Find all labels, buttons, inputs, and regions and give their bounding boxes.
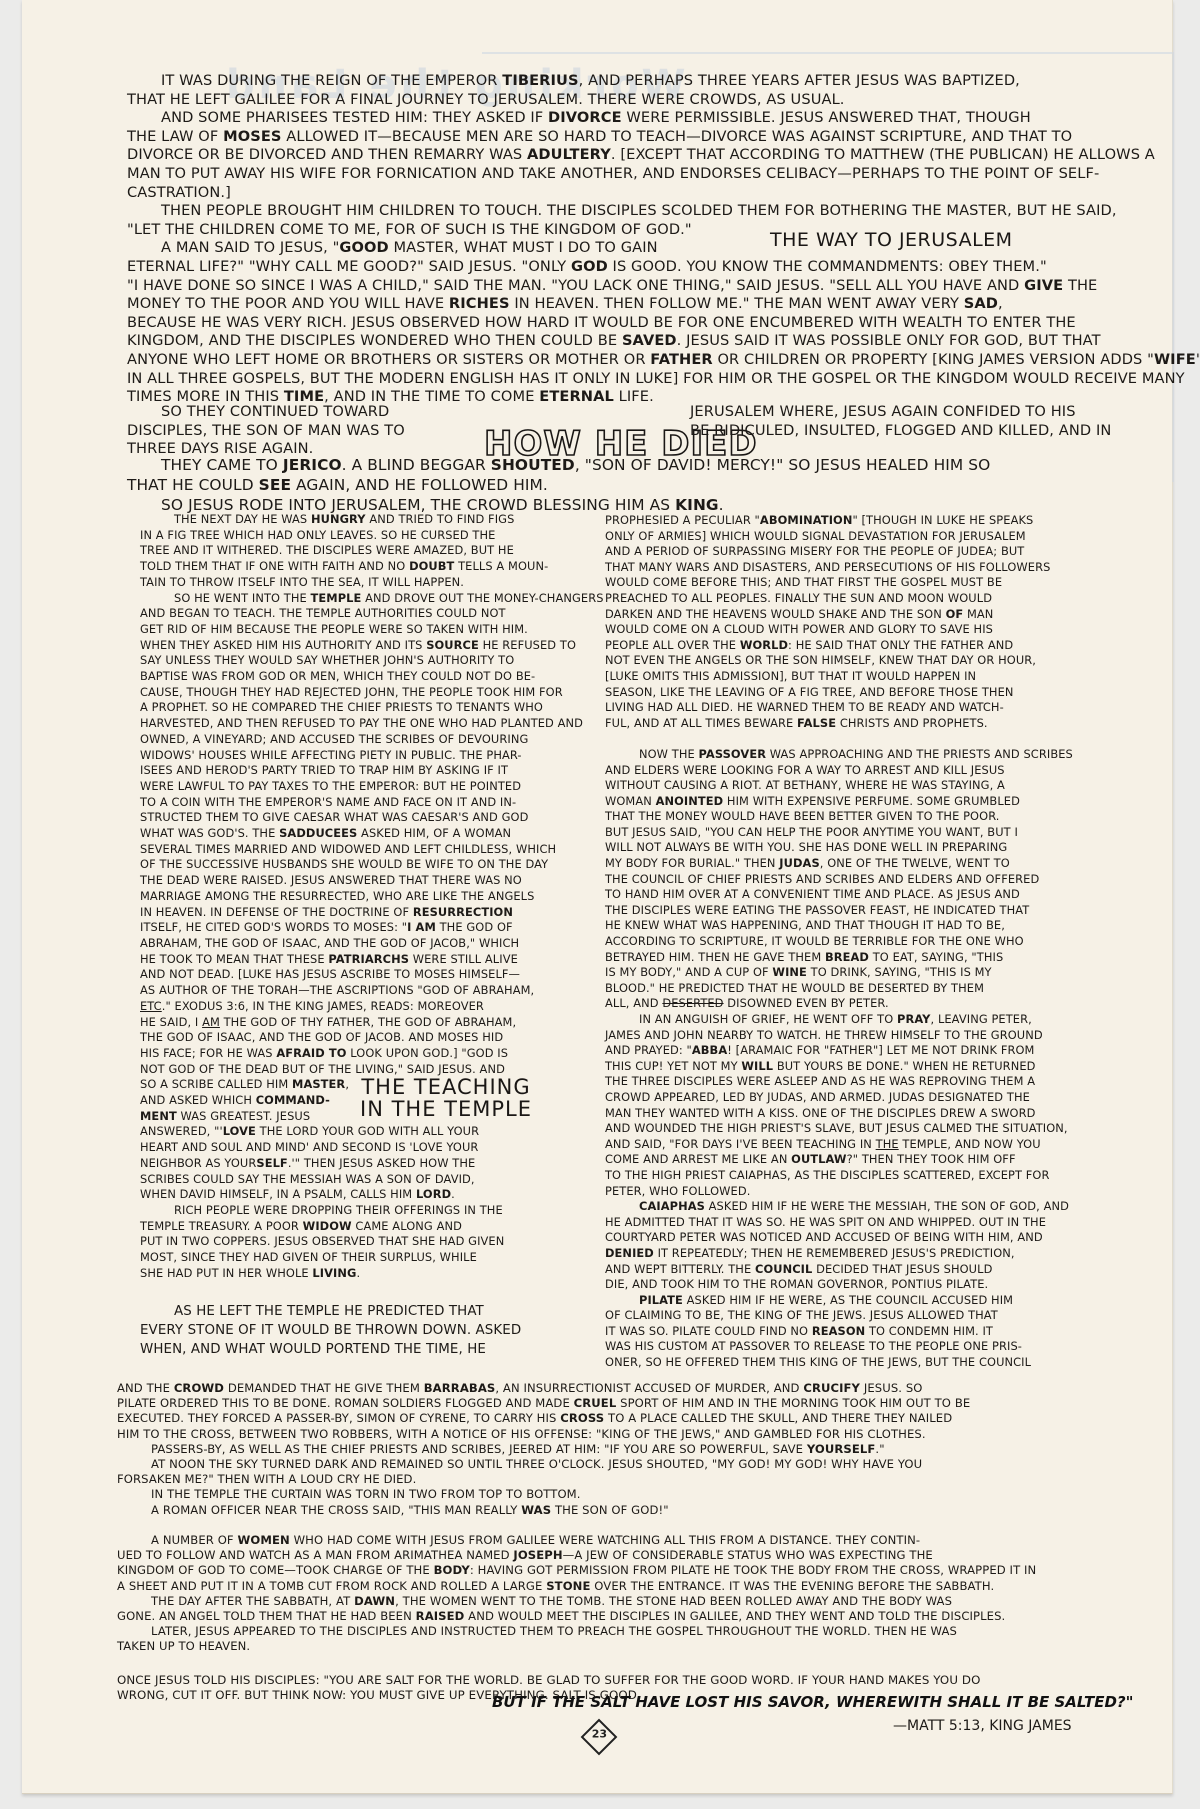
text-line: told them that if one with faith and no …	[140, 559, 604, 575]
text-line: Pilate ordered this to be done. Roman so…	[117, 1396, 1036, 1411]
text-line: get rid of him because the people were s…	[140, 622, 604, 638]
text-line: So they continued toward	[127, 403, 405, 422]
text-line: It was during the reign of the emperor T…	[127, 72, 1200, 91]
text-line: most, since they had given of their surp…	[140, 1250, 604, 1266]
text-line: he took to mean that these patriarchs we…	[140, 952, 604, 968]
text-line: be ridiculed, insulted, flogged and kill…	[690, 422, 1111, 441]
text-line: denied it repeatedly; then he remembered…	[605, 1246, 1073, 1262]
text-line: tree and it withered. The disciples were…	[140, 543, 604, 559]
text-line: oner, so he offered them this King of th…	[605, 1355, 1073, 1371]
text-line: the God of Isaac, and the God of Jacob. …	[140, 1030, 604, 1046]
heading-teaching-line1: The Teaching	[360, 1076, 532, 1098]
text-line: disciples, the Son of Man was to	[127, 422, 405, 441]
text-line: as author of the Torah—the ascriptions "…	[140, 983, 604, 999]
text-line: owned, a vineyard; and accused the scrib…	[140, 732, 604, 748]
text-line: of the successive husbands she would be …	[140, 857, 604, 873]
text-line: In the Temple the curtain was torn in tw…	[117, 1487, 1036, 1502]
text-line: and said, "For days I've been teaching i…	[605, 1137, 1073, 1153]
text-line: tain to throw itself into the sea, it wi…	[140, 575, 604, 591]
text-line: all, and deserted disowned even by Peter…	[605, 996, 1073, 1012]
salt-quote: But if the salt have lost his savor, whe…	[492, 1693, 1133, 1711]
text-line: it was so. Pilate could find no reason t…	[605, 1324, 1073, 1340]
text-line: executed. They forced a passer-by, Simon…	[117, 1411, 1036, 1426]
text-line: that he could see again, and he followed…	[127, 475, 990, 495]
text-line: season, like the leaving of a fig tree, …	[605, 685, 1073, 701]
text-line: of claiming to be, the King of the Jews.…	[605, 1308, 1073, 1324]
left-column-tail: As he left the Temple he predicted thate…	[140, 1302, 521, 1359]
text-line: preached to all peoples. Finally the sun…	[605, 591, 1073, 607]
text-line: and prayed: "Abba! [Aramaic for "Father"…	[605, 1043, 1073, 1059]
text-line: money to the poor and you will have rich…	[127, 295, 1200, 314]
text-line	[605, 731, 1073, 747]
text-line: Jerusalem where, Jesus again confided to…	[690, 403, 1111, 422]
text-line: Kingdom, and the disciples wondered who …	[127, 332, 1200, 351]
text-line: his face; for he was afraid to look upon…	[140, 1046, 604, 1062]
text-line: blood." He predicted that he would be de…	[605, 981, 1073, 997]
text-line: divorce or be divorced and then remarry …	[127, 146, 1200, 165]
text-line: They came to Jerico. A blind beggar shou…	[127, 455, 990, 475]
text-line: is my body," and a cup of wine to drink,…	[605, 965, 1073, 981]
text-line: Pilate asked him if he were, as the Coun…	[605, 1293, 1073, 1309]
text-line: die, and took him to the Roman governor,…	[605, 1277, 1073, 1293]
continued-toward-text: So they continued towarddisciples, the S…	[127, 403, 405, 459]
text-line: what was God's. The Sadducees asked him,…	[140, 826, 604, 842]
text-line: structed them to give Caesar what was Ca…	[140, 810, 604, 826]
text-line: The day after the Sabbath, at dawn, the …	[117, 1594, 1036, 1609]
text-line	[117, 1518, 1036, 1533]
text-line: in heaven. In defense of the doctrine of…	[140, 905, 604, 921]
text-line: ful, and at all times beware false Chris…	[605, 716, 1073, 732]
text-line: every stone of it would be thrown down. …	[140, 1321, 521, 1340]
text-line: that many wars and disasters, and persec…	[605, 560, 1073, 576]
text-line: harvested, and then refused to pay the o…	[140, 716, 604, 732]
text-line: would come before this; and that first t…	[605, 575, 1073, 591]
text-line: my body for burial." Then Judas, one of …	[605, 856, 1073, 872]
text-line: not even the angels or the Son himself, …	[605, 653, 1073, 669]
text-line: to a coin with the Emperor's name and fa…	[140, 795, 604, 811]
text-line: a sheet and put it in a tomb cut from ro…	[117, 1579, 1036, 1594]
text-line: Passers-by, as well as the chief priests…	[117, 1442, 1036, 1457]
text-line: ued to follow and watch as a man from Ar…	[117, 1548, 1036, 1563]
text-line: the Law of Moses allowed it—because men …	[127, 128, 1200, 147]
text-line: In an anguish of grief, he went off to p…	[605, 1012, 1073, 1028]
text-line: baptise was from God or men, which they …	[140, 669, 604, 685]
heading-way-to-jerusalem: The Way to Jerusalem	[770, 229, 1013, 251]
text-line: man they wanted with a kiss. One of the …	[605, 1106, 1073, 1122]
text-line: A Roman officer near the cross said, "Th…	[117, 1503, 1036, 1518]
text-line: darken and the heavens would shake and t…	[605, 607, 1073, 623]
text-line: come and arrest me like an outlaw?" Then…	[605, 1152, 1073, 1168]
text-line: A number of women who had come with Jesu…	[117, 1533, 1036, 1548]
text-line: betrayed him. Then he gave them bread to…	[605, 950, 1073, 966]
text-line: he knew what was happening, and that tho…	[605, 918, 1073, 934]
text-line: was his custom at Passover to release to…	[605, 1339, 1073, 1355]
text-line: Now the Passover was approaching and the…	[605, 747, 1073, 763]
text-line: the disciples were eating the Passover f…	[605, 903, 1073, 919]
text-line: to hand him over at a convenient time an…	[605, 887, 1073, 903]
jerico-narrative: They came to Jerico. A blind beggar shou…	[127, 455, 990, 515]
text-line: he admitted that it was so. He was spit …	[605, 1215, 1073, 1231]
scripture-citation: —Matt 5:13, King James	[893, 1718, 1072, 1734]
text-line: Then people brought him children to touc…	[127, 202, 1200, 221]
text-line: were lawful to pay taxes to the Emperor:…	[140, 779, 604, 795]
text-line: As he left the Temple he predicted that	[140, 1302, 521, 1321]
text-line: James and John nearby to watch. He threw…	[605, 1028, 1073, 1044]
heading-teaching-line2: in the Temple	[360, 1098, 532, 1120]
text-line: woman anointed him with expensive perfum…	[605, 794, 1073, 810]
text-line: A man said to Jesus, "Good Master, what …	[127, 239, 1200, 258]
text-line: heart and soul and mind' and second is '…	[140, 1140, 604, 1156]
text-line: Temple treasury. A poor widow came along…	[140, 1219, 604, 1235]
heading-teaching-in-temple: The Teaching in the Temple	[360, 1076, 532, 1120]
text-line: when David himself, in a psalm, calls hi…	[140, 1187, 604, 1203]
text-line: forsaken me?" Then with a loud cry he di…	[117, 1472, 1036, 1487]
show-through-rule	[482, 52, 1172, 55]
text-line: prophesied a peculiar "abomination" [tho…	[605, 513, 1073, 529]
text-line: and wounded the High Priest's slave, but…	[605, 1121, 1073, 1137]
text-line: itself, he cited God's words to Moses: "…	[140, 920, 604, 936]
text-line: living had all died. He warned them to b…	[605, 700, 1073, 716]
text-line: put in two coppers. Jesus observed that …	[140, 1234, 604, 1250]
text-line: [Luke omits this admission], but that it…	[605, 669, 1073, 685]
text-line: she had put in her whole living.	[140, 1266, 604, 1282]
text-line: Abraham, the God of Isaac, and the God o…	[140, 936, 604, 952]
left-column-text: The next day he was hungry and tried to …	[140, 512, 604, 1281]
text-line: widows' houses while affecting piety in …	[140, 748, 604, 764]
text-line: and elders were looking for a way to arr…	[605, 763, 1073, 779]
text-line: castration.]	[127, 184, 1200, 203]
text-line: Kingdom of God to come—took charge of th…	[117, 1563, 1036, 1578]
text-line: "Let the children come to me, for of suc…	[127, 221, 1200, 240]
text-line: And some Pharisees tested him: they aske…	[127, 109, 1200, 128]
text-line: the dead were raised. Jesus answered tha…	[140, 873, 604, 889]
text-line: The next day he was hungry and tried to …	[140, 512, 604, 528]
text-line: "I have done so since I was a child," sa…	[127, 277, 1200, 296]
page-number: 23	[588, 1727, 610, 1740]
text-line: the three disciples were asleep and as h…	[605, 1074, 1073, 1090]
text-line: crowd appeared, led by Judas, and armed.…	[605, 1090, 1073, 1106]
text-line: So he went into the Temple and drove out…	[140, 591, 604, 607]
text-line: several times married and widowed and le…	[140, 842, 604, 858]
text-line: isees and Herod's party tried to trap hi…	[140, 763, 604, 779]
text-line: without causing a riot. At Bethany, wher…	[605, 778, 1073, 794]
text-line: and the crowd demanded that he give them…	[117, 1381, 1036, 1396]
text-line: will not always be with you. She has don…	[605, 840, 1073, 856]
text-line: and began to teach. The Temple authoriti…	[140, 606, 604, 622]
text-line: When they asked him his authority and it…	[140, 638, 604, 654]
text-line: anyone who left home or brothers or sist…	[127, 351, 1200, 370]
text-line: Caiaphas asked him if he were the Messia…	[605, 1199, 1073, 1215]
text-line: and wept bitterly. The Council decided t…	[605, 1262, 1073, 1278]
text-line: him to the cross, between two robbers, w…	[117, 1427, 1036, 1442]
text-line: Peter, who followed.	[605, 1184, 1073, 1200]
text-line: Later, Jesus appeared to the disciples a…	[117, 1624, 1036, 1639]
text-line: to the High Priest Caiaphas, as the disc…	[605, 1168, 1073, 1184]
text-line: according to scripture, it would be terr…	[605, 934, 1073, 950]
text-line: say unless they would say whether John's…	[140, 653, 604, 669]
text-line: scribes could say the Messiah was a son …	[140, 1172, 604, 1188]
text-line: only of armies] which would signal devas…	[605, 529, 1073, 545]
text-line: man to put away his wife for fornication…	[127, 165, 1200, 184]
text-line: taken up to heaven.	[117, 1639, 1036, 1654]
text-line: But Jesus said, "You can help the poor a…	[605, 825, 1073, 841]
crucifixion-narrative: and the crowd demanded that he give them…	[117, 1381, 1036, 1655]
text-line: this cup! Yet not my will but yours be d…	[605, 1059, 1073, 1075]
text-line: etc." Exodus 3:6, in the King James, rea…	[140, 999, 604, 1015]
text-line: Rich people were dropping their offering…	[140, 1203, 604, 1219]
text-line: neighbor as yourself.'" Then Jesus asked…	[140, 1156, 604, 1172]
text-line: that he left Galilee for a final journey…	[127, 91, 1200, 110]
text-line: Once Jesus told his disciples: "You are …	[117, 1673, 980, 1688]
text-line: courtyard Peter was noticed and accused …	[605, 1230, 1073, 1246]
text-line: would come on a cloud with power and glo…	[605, 622, 1073, 638]
text-line: because he was very rich. Jesus observed…	[127, 314, 1200, 333]
text-line: he said, I am the God of thy father, the…	[140, 1015, 604, 1031]
intro-narrative: It was during the reign of the emperor T…	[127, 72, 1200, 407]
text-line: when, and what would portend the time, h…	[140, 1340, 521, 1359]
text-line: that the money would have been better gi…	[605, 809, 1073, 825]
jerusalem-confided-text: Jerusalem where, Jesus again confided to…	[690, 403, 1111, 440]
text-line: cause, though they had rejected John, th…	[140, 685, 604, 701]
text-line: people all over the world: he said that …	[605, 638, 1073, 654]
text-line: marriage among the resurrected, who are …	[140, 889, 604, 905]
text-line: answered, "'Love the Lord your God with …	[140, 1124, 604, 1140]
text-line: gone. An angel told them that he had bee…	[117, 1609, 1036, 1624]
text-line: eternal life?" "Why call me good?" said …	[127, 258, 1200, 277]
right-column-text: prophesied a peculiar "abomination" [tho…	[605, 513, 1073, 1371]
text-line: in all three gospels, but the modern Eng…	[127, 370, 1200, 389]
text-line: At noon the sky turned dark and remained…	[117, 1457, 1036, 1472]
text-line: and a period of surpassing misery for th…	[605, 544, 1073, 560]
text-line: the Council of chief priests and scribes…	[605, 872, 1073, 888]
text-line: and not dead. [Luke has Jesus ascribe to…	[140, 967, 604, 983]
text-line: a prophet. So he compared the chief prie…	[140, 700, 604, 716]
text-line: in a fig tree which had only leaves. So …	[140, 528, 604, 544]
